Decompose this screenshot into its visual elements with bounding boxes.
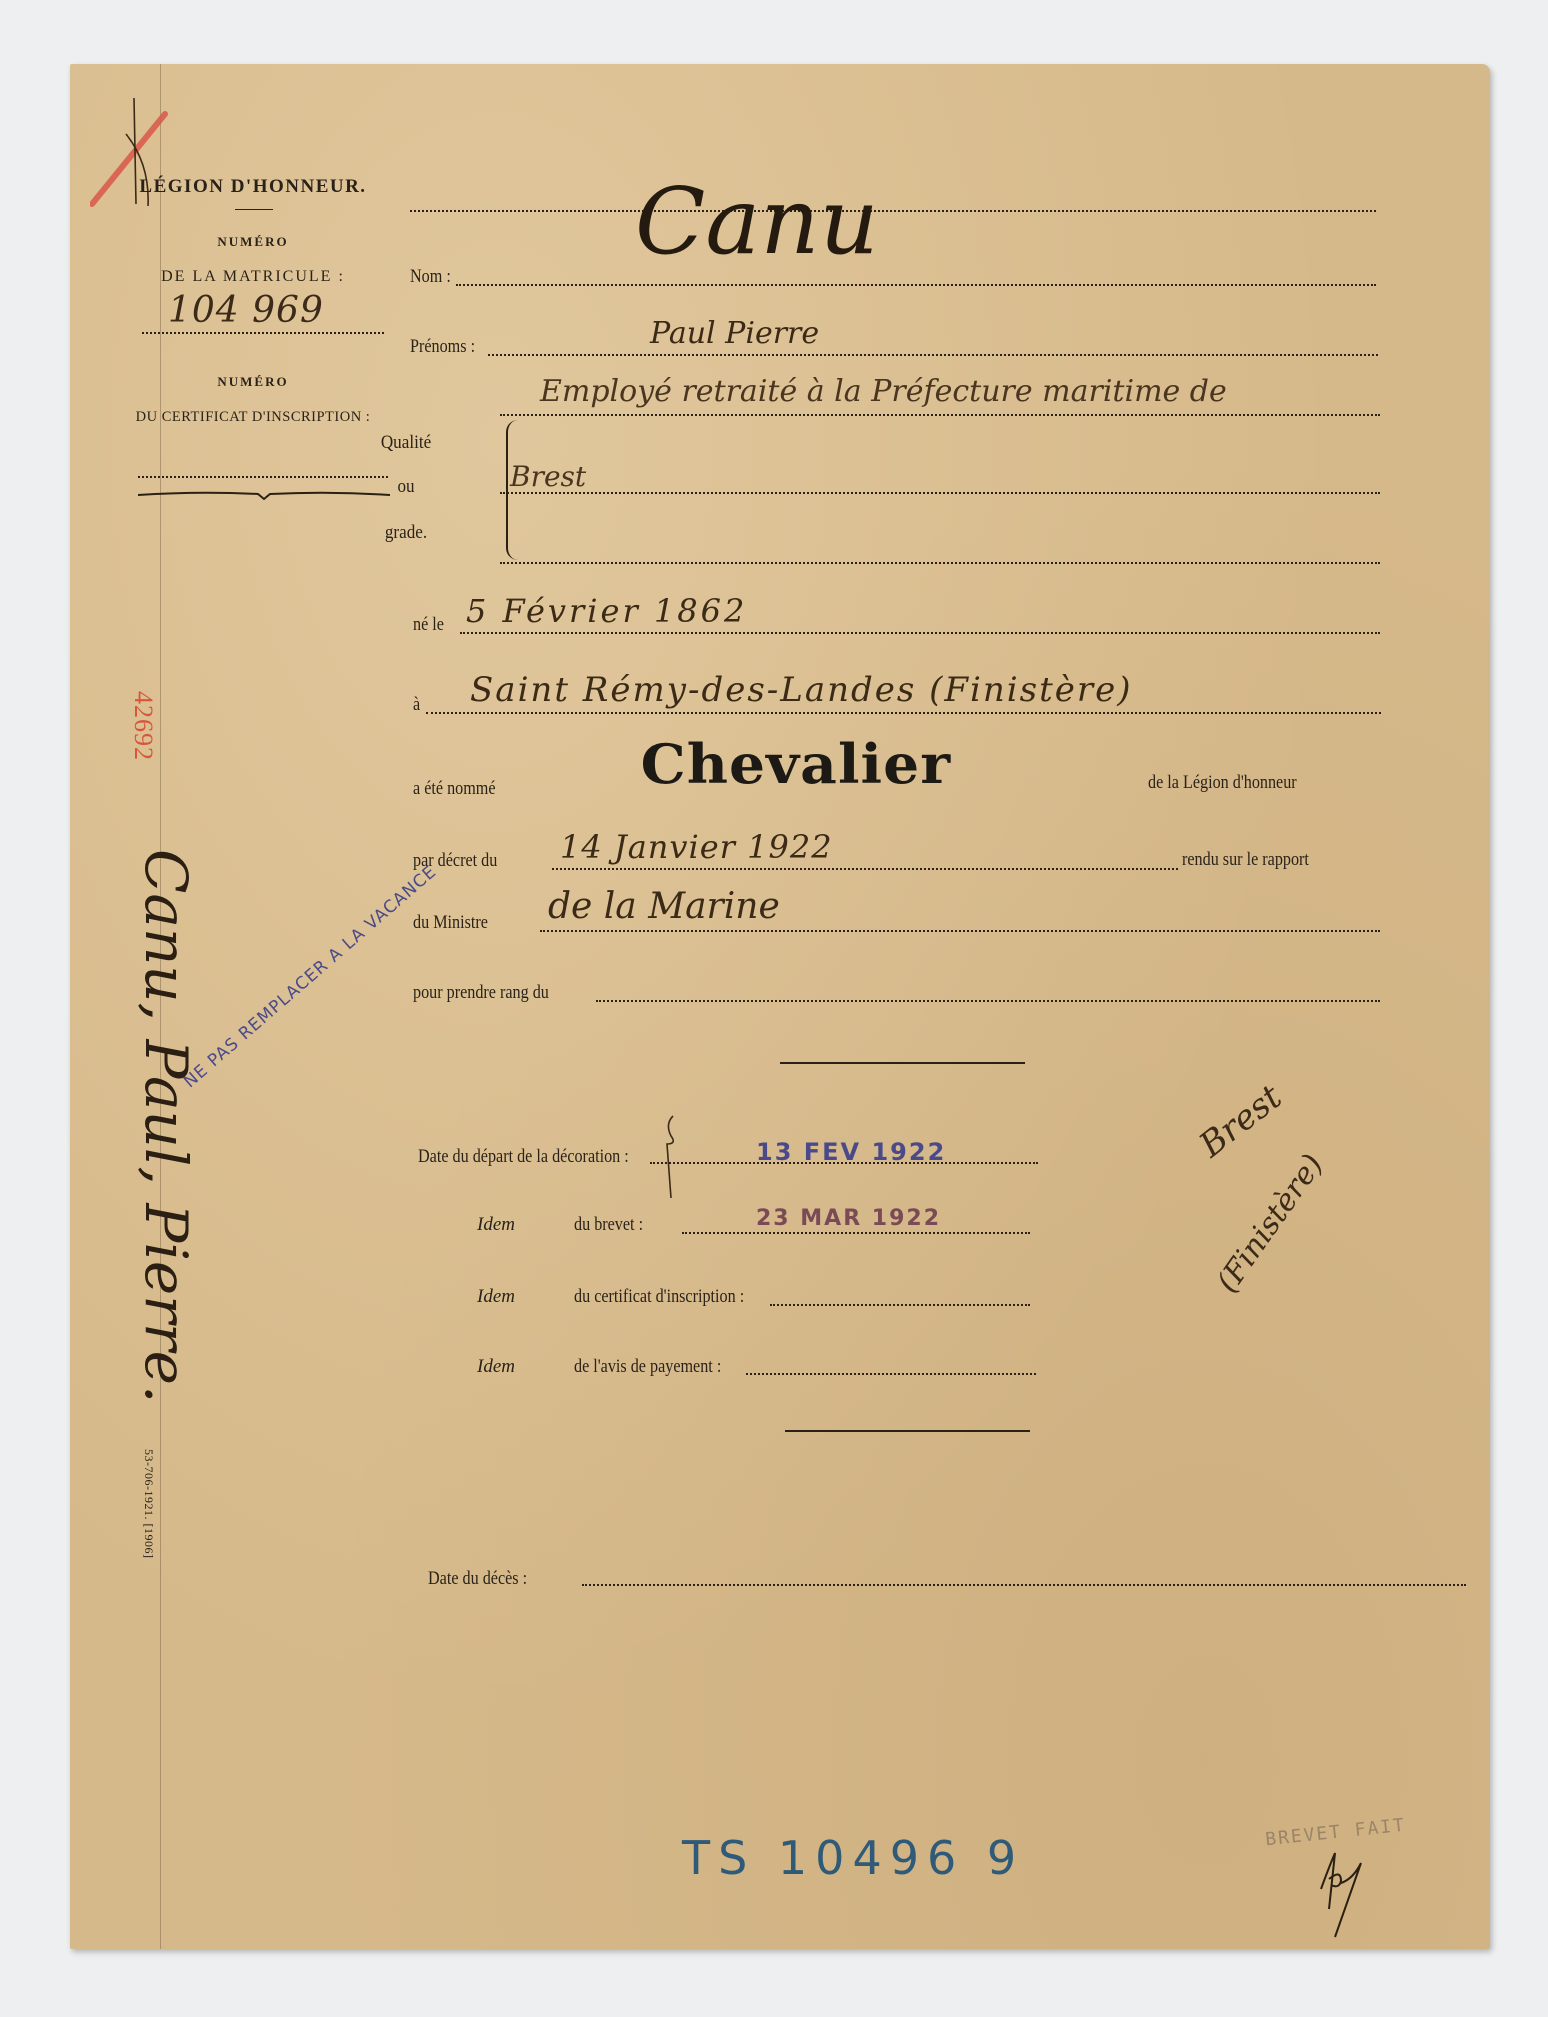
decret-value: 14 Janvier 1922 [560,828,833,866]
depart-label: Date du départ de la décoration : [418,1146,629,1168]
printer-mark: 53-706-1921. [1906] [141,1449,156,1558]
rang-label: pour prendre rang du [413,982,549,1004]
qualite-brace [506,420,518,560]
a-label: à [413,694,420,716]
decret-line [552,868,1178,870]
deces-label: Date du décès : [428,1568,527,1590]
stamp-brevet-fait: BREVET FAIT [1264,1815,1407,1851]
matricule-label-1: NUMÉRO [128,234,378,250]
certificat-inscription-label: du certificat d'inscription : [574,1286,744,1308]
legion-honneur-title: LÉGION D'HONNEUR. [128,176,378,198]
certificat-label-1: NUMÉRO [128,374,378,390]
margin-number: 42692 [128,691,158,761]
archive-reference: TS 10496 9 [682,1831,1024,1885]
nom-line [456,284,1376,286]
avis-payement-label: de l'avis de payement : [574,1356,721,1378]
idem-brevet-prefix: Idem [477,1214,515,1236]
title-dash [235,209,273,210]
qualite-label: Qualité [370,432,442,454]
red-pencil-slash-icon [90,84,200,224]
qualite-line-1 [500,414,1380,416]
idem-avis-prefix: Idem [477,1356,515,1378]
section-separator-2 [785,1430,1030,1432]
grade-label: grade. [370,522,442,544]
a-ete-nomme-label: a été nommé [413,778,496,800]
matricule-value: 104 969 [168,290,324,331]
legion-honneur-suffix: de la Légion d'honneur [1148,772,1297,794]
lieu-line [426,712,1381,714]
prenoms-value: Paul Pierre [650,316,819,351]
idem-certificat-prefix: Idem [477,1286,515,1308]
top-rule [410,210,1376,212]
brevet-label: du brevet : [574,1214,643,1236]
rapport-suffix: rendu sur le rapport [1182,849,1309,871]
prenoms-line [488,354,1378,356]
ne-le-line [460,632,1380,634]
ministre-line [540,930,1380,932]
margin-name: Canu, Paul, Pierre. [132,849,200,1403]
prenoms-label: Prénoms : [410,336,475,358]
nom-label: Nom : [410,266,451,288]
ornamental-rule [138,489,390,501]
depart-line [650,1162,1038,1164]
matricule-label-2: DE LA MATRICULE : [128,268,378,286]
qualite-line-2-value: Brest [510,460,586,493]
stamp-brevet-date: 23 MAR 1922 [756,1206,941,1231]
ne-le-label: né le [413,614,444,636]
qualite-line-2 [500,492,1380,494]
rang-line [596,1000,1380,1002]
brevet-line [682,1232,1030,1234]
ou-label: ou [370,476,442,498]
pen-stroke-mark-icon [655,1114,695,1204]
matricule-line [142,332,384,334]
qualite-line-3 [500,562,1380,564]
side-note-finistere: (Finistère) [1210,1148,1330,1299]
section-separator-1 [780,1062,1025,1064]
certificat-label-2: DU CERTIFICAT D'INSCRIPTION : [120,409,386,426]
stamp-ne-pas-remplacer: NE PAS REMPLACER A LA VACANCE [180,862,441,1092]
nom-value: Canu [635,168,879,275]
certificat-line [138,476,388,478]
decret-label: par décret du [413,850,497,872]
ministre-label: du Ministre [413,912,488,934]
side-note-brest: Brest [1192,1077,1290,1165]
initials-signature-icon [1315,1849,1375,1939]
ne-le-value: 5 Février 1862 [466,592,747,630]
avis-payement-line [746,1373,1036,1375]
ministre-value: de la Marine [548,886,780,927]
grade-chevalier: Chevalier [641,732,952,796]
certificat-inscription-line [770,1304,1030,1306]
lieu-naissance-value: Saint Rémy-des-Landes (Finistère) [470,670,1133,710]
document-page: LÉGION D'HONNEUR. NUMÉRO DE LA MATRICULE… [70,64,1490,1949]
qualite-line-1-value: Employé retraité à la Préfecture maritim… [540,374,1227,409]
deces-line [582,1584,1466,1586]
